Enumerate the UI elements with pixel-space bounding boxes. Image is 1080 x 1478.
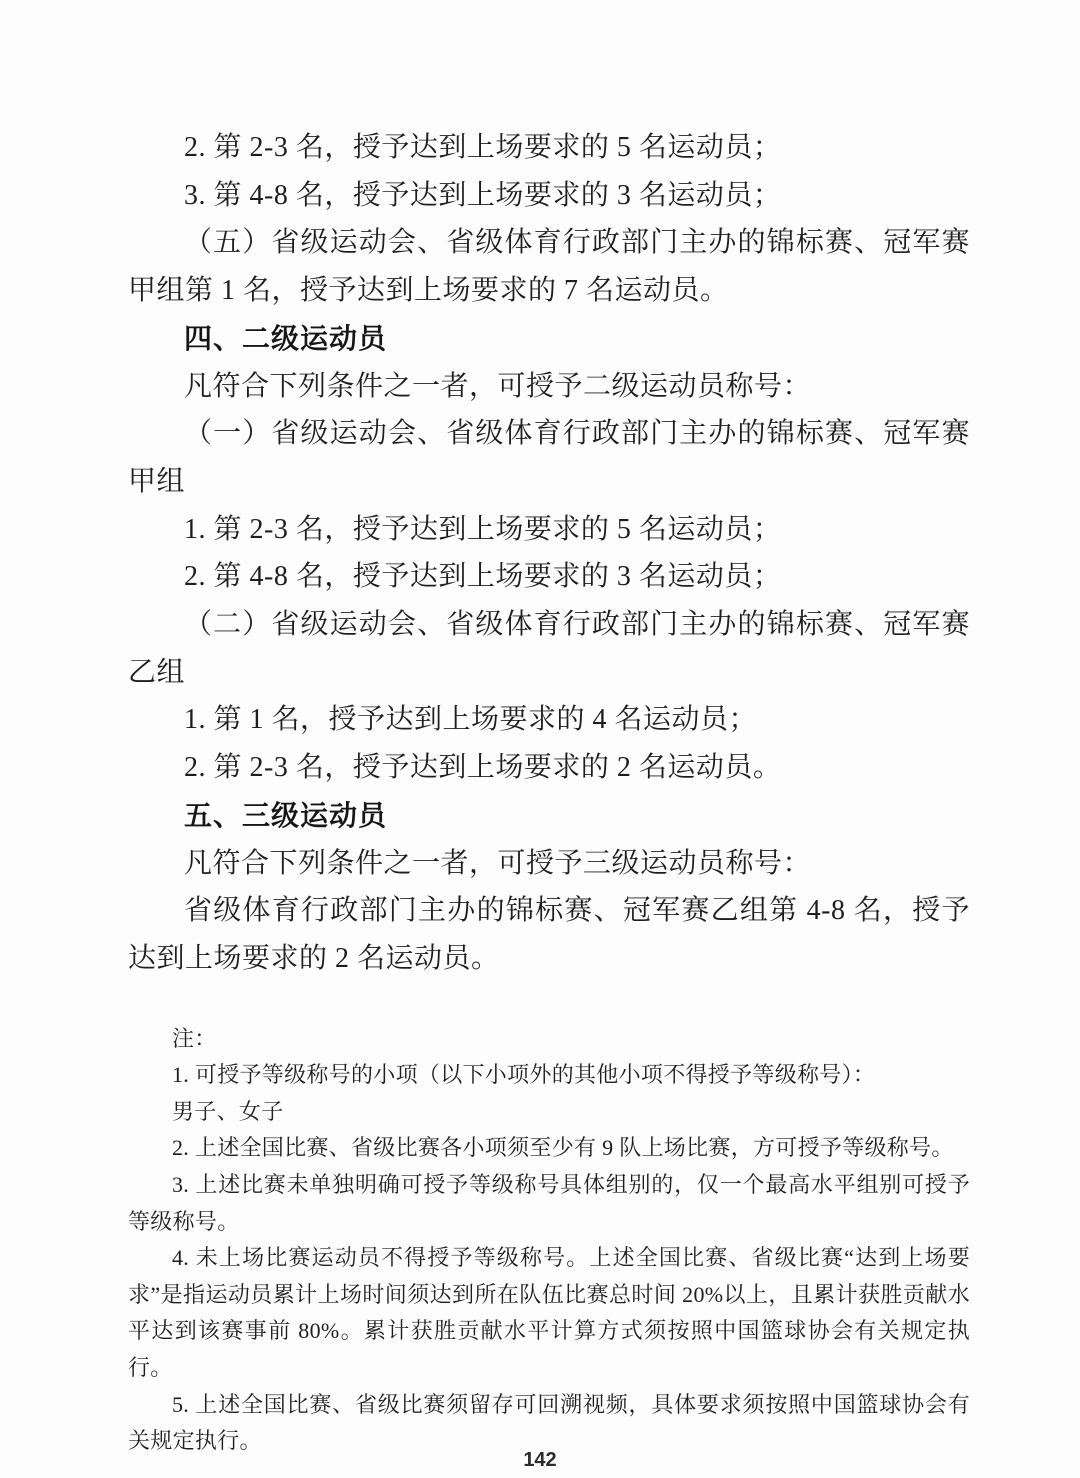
list-item: 2. 第 2-3 名，授予达到上场要求的 5 名运动员； xyxy=(128,124,970,172)
section-heading-level3-athlete: 五、三级运动员 xyxy=(128,792,970,840)
list-item: 1. 第 2-3 名，授予达到上场要求的 5 名运动员； xyxy=(128,506,970,554)
note-item: 2. 上述全国比赛、省级比赛各小项须至少有 9 队上场比赛，方可授予等级称号。 xyxy=(128,1130,970,1167)
paragraph: 凡符合下列条件之一者，可授予三级运动员称号： xyxy=(128,840,970,888)
paragraph: （二）省级运动会、省级体育行政部门主办的锦标赛、冠军赛乙组 xyxy=(128,601,970,696)
section-heading-level2-athlete: 四、二级运动员 xyxy=(128,315,970,363)
page-content: 2. 第 2-3 名，授予达到上场要求的 5 名运动员； 3. 第 4-8 名，… xyxy=(128,124,970,1460)
paragraph: （五）省级运动会、省级体育行政部门主办的锦标赛、冠军赛甲组第 1 名，授予达到上… xyxy=(128,219,970,314)
paragraph: 省级体育行政部门主办的锦标赛、冠军赛乙组第 4-8 名，授予达到上场要求的 2 … xyxy=(128,887,970,982)
list-item: 2. 第 4-8 名，授予达到上场要求的 3 名运动员； xyxy=(128,553,970,601)
note-item: 4. 未上场比赛运动员不得授予等级称号。上述全国比赛、省级比赛“达到上场要求”是… xyxy=(128,1240,970,1386)
document-body: 2. 第 2-3 名，授予达到上场要求的 5 名运动员； 3. 第 4-8 名，… xyxy=(128,124,970,983)
notes-label: 注： xyxy=(128,1021,970,1058)
list-item: 2. 第 2-3 名，授予达到上场要求的 2 名运动员。 xyxy=(128,744,970,792)
note-item: 3. 上述比赛未单独明确可授予等级称号具体组别的，仅一个最高水平组别可授予等级称… xyxy=(128,1167,970,1240)
note-item: 1. 可授予等级称号的小项（以下小项外的其他小项不得授予等级称号）： xyxy=(128,1057,970,1094)
paragraph: （一）省级运动会、省级体育行政部门主办的锦标赛、冠军赛甲组 xyxy=(128,410,970,505)
note-item: 男子、女子 xyxy=(128,1094,970,1131)
page-number: 142 xyxy=(0,1449,1080,1472)
list-item: 1. 第 1 名，授予达到上场要求的 4 名运动员； xyxy=(128,696,970,744)
paragraph: 凡符合下列条件之一者，可授予二级运动员称号： xyxy=(128,363,970,411)
notes-section: 注： 1. 可授予等级称号的小项（以下小项外的其他小项不得授予等级称号）： 男子… xyxy=(128,1021,970,1460)
list-item: 3. 第 4-8 名，授予达到上场要求的 3 名运动员； xyxy=(128,172,970,220)
document-page: 2. 第 2-3 名，授予达到上场要求的 5 名运动员； 3. 第 4-8 名，… xyxy=(0,0,1080,1478)
